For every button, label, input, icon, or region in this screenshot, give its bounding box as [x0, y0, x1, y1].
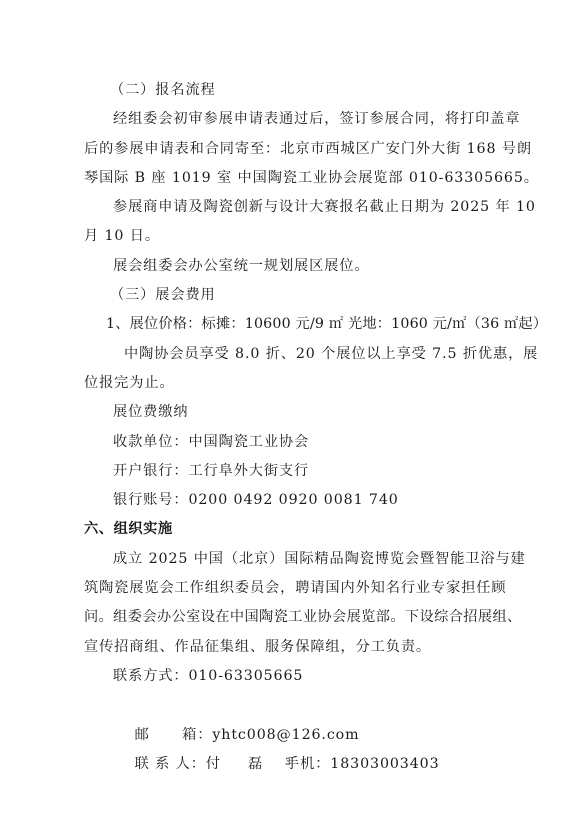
paragraph-line: 展会组委会办公室统一规划展区展位。: [84, 252, 494, 281]
discount-line: 位报完为止。: [84, 369, 494, 398]
email-line: 邮 箱：yhtc008@126.com: [84, 691, 494, 720]
paragraph-line: 经组委会初审参展申请表通过后，签订参展合同，将打印盖章: [84, 105, 494, 134]
section-heading-organization: 六、组织实施: [84, 515, 494, 544]
paragraph-line: 问。组委会办公室设在中国陶瓷工业协会展览部。下设综合招展组、: [84, 603, 494, 632]
paragraph-line: 后的参展申请表和合同寄至：北京市西城区广安门外大街 168 号朗: [84, 135, 494, 164]
payee-line: 收款单位：中国陶瓷工业协会: [84, 428, 494, 457]
paragraph-line: 参展商申请及陶瓷创新与设计大赛报名截止日期为 2025 年 10: [84, 193, 494, 222]
discount-line: 中陶协会员享受 8.0 折、20 个展位以上享受 7.5 折优惠，展: [84, 340, 494, 369]
email-value: yhtc008@126.com: [212, 727, 359, 743]
document-page: （二）报名流程 经组委会初审参展申请表通过后，签订参展合同，将打印盖章 后的参展…: [84, 76, 494, 750]
page-number: 3: [0, 758, 576, 768]
contact-method-line: 联系方式：010-63305665: [84, 662, 494, 691]
email-label: 邮 箱：: [135, 721, 213, 750]
booth-price-item: 1、展位价格：标摊：10600 元/9 ㎡ 光地：1060 元/㎡（36 ㎡起）: [84, 310, 494, 339]
paragraph-line: 成立 2025 中国（北京）国际精品陶瓷博览会暨智能卫浴与建: [84, 545, 494, 574]
paragraph-line: 宣传招商组、作品征集组、服务保障组，分工负责。: [84, 633, 494, 662]
payment-title: 展位费缴纳: [84, 398, 494, 427]
paragraph-line: 月 10 日。: [84, 222, 494, 251]
section-heading-registration-process: （二）报名流程: [84, 76, 494, 105]
paragraph-line: 筑陶瓷展览会工作组织委员会，聘请国内外知名行业专家担任顾: [84, 574, 494, 603]
paragraph-line: 琴国际 B 座 1019 室 中国陶瓷工业协会展览部 010-63305665。: [84, 164, 494, 193]
account-line: 银行账号：0200 0492 0920 0081 740: [84, 486, 494, 515]
section-heading-exhibition-fees: （三）展会费用: [84, 281, 494, 310]
bank-line: 开户银行：工行阜外大街支行: [84, 457, 494, 486]
